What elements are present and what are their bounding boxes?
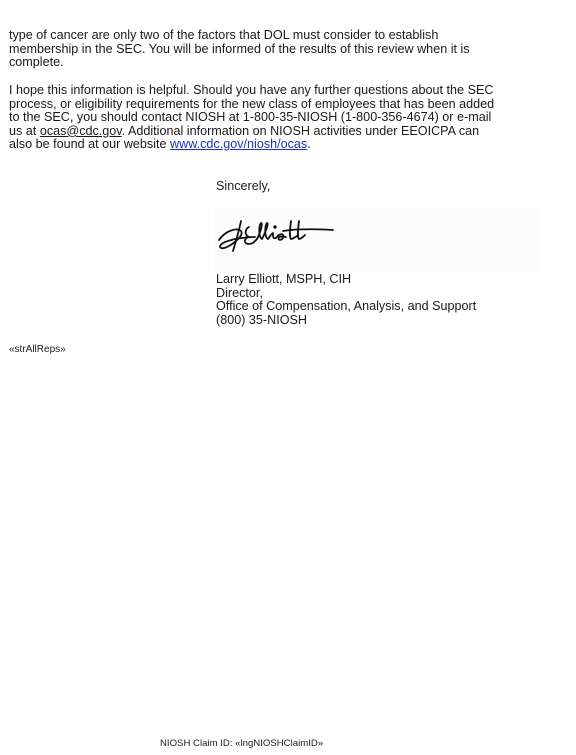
- closing-salutation: Sincerely,: [216, 180, 270, 194]
- signatory-phone: (800) 35-NIOSH: [216, 314, 476, 328]
- text-fragment: us at: [9, 124, 40, 138]
- paragraph-line: to the SEC, you should contact NIOSH at …: [9, 111, 569, 125]
- paragraph-line: us at ocas@cdc.gov. Additional informati…: [9, 125, 569, 139]
- signatory-office: Office of Compensation, Analysis, and Su…: [216, 300, 476, 314]
- signatory-name: Larry Elliott, MSPH, CIH: [216, 273, 476, 287]
- merge-field-reps: «strAllReps»: [9, 344, 66, 356]
- signatory-title: Director,: [216, 287, 476, 301]
- text-fragment: . Additional information on NIOSH activi…: [122, 124, 479, 138]
- signature-icon: [215, 207, 345, 267]
- footer-claim-id: NIOSH Claim ID: «lngNIOSHClaimID»: [160, 738, 323, 750]
- paragraph-line: type of cancer are only two of the facto…: [9, 29, 569, 43]
- paragraph-line: I hope this information is helpful. Shou…: [9, 84, 569, 98]
- signature-image: [215, 207, 540, 273]
- email-link[interactable]: ocas@cdc.gov: [40, 124, 122, 138]
- text-fragment: .: [307, 137, 311, 151]
- paragraph-line: process, or eligibility requirements for…: [9, 98, 569, 112]
- paragraph-line: also be found at our website www.cdc.gov…: [9, 138, 569, 152]
- paragraph-line: complete.: [9, 56, 569, 70]
- body-paragraph-review: type of cancer are only two of the facto…: [9, 29, 569, 70]
- body-paragraph-contact: I hope this information is helpful. Shou…: [9, 84, 569, 152]
- paragraph-line: membership in the SEC. You will be infor…: [9, 43, 569, 57]
- text-fragment: also be found at our website: [9, 137, 170, 151]
- signatory-block: Larry Elliott, MSPH, CIH Director, Offic…: [216, 273, 476, 327]
- website-link[interactable]: www.cdc.gov/niosh/ocas: [170, 137, 307, 151]
